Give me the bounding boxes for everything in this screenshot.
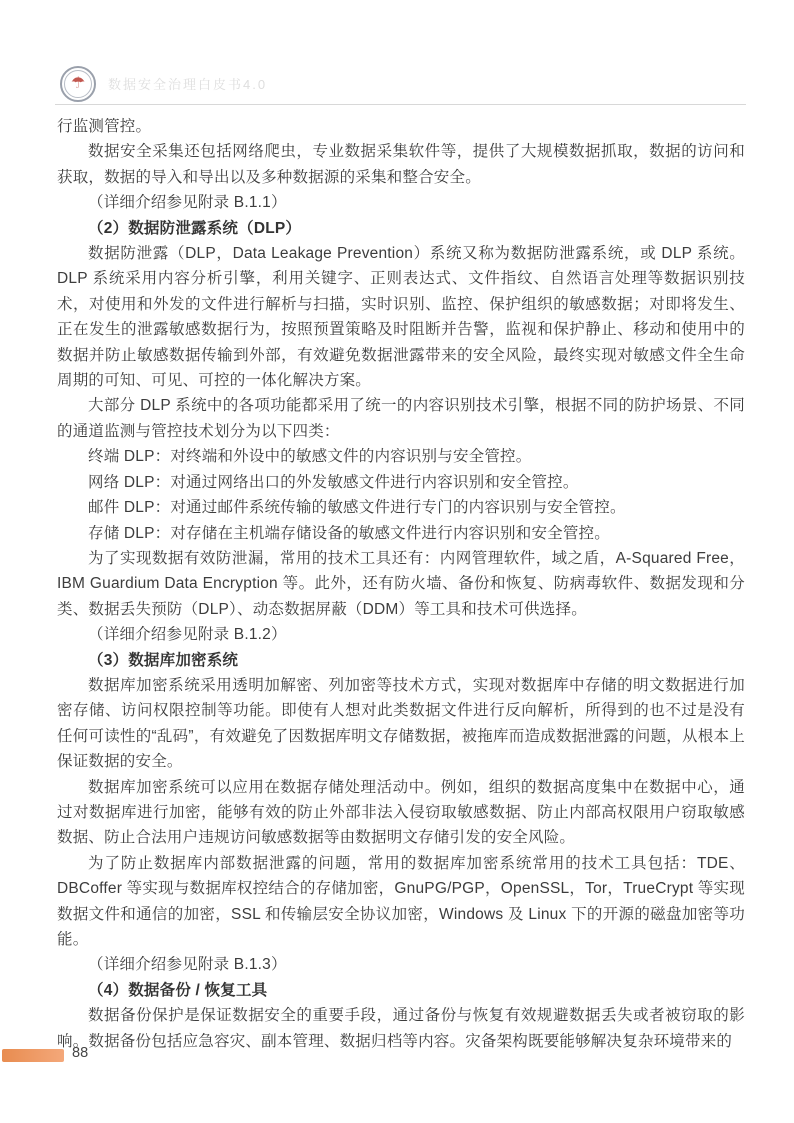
paragraph: 数据库加密系统可以应用在数据存储处理活动中。例如，组织的数据高度集中在数据中心，…: [57, 775, 745, 851]
paragraph: 终端 DLP：对终端和外设中的敏感文件的内容识别与安全管控。: [57, 444, 745, 469]
paragraph: 数据备份保护是保证数据安全的重要手段，通过备份与恢复有效规避数据丢失或者被窃取的…: [57, 1003, 745, 1054]
publisher-seal-logo: ☂: [60, 66, 96, 102]
header-divider: [55, 104, 746, 105]
paragraph: 为了实现数据有效防泄漏，常用的技术工具还有：内网管理软件，域之盾，A-Squar…: [57, 546, 745, 622]
paragraph: （详细介绍参见附录 B.1.2）: [57, 622, 745, 647]
paragraph: 存储 DLP：对存储在主机端存储设备的敏感文件进行内容识别和安全管控。: [57, 521, 745, 546]
paragraph: （详细介绍参见附录 B.1.3）: [57, 952, 745, 977]
paragraph: 大部分 DLP 系统中的各项功能都采用了统一的内容识别技术引擎，根据不同的防护场…: [57, 393, 745, 444]
paragraph: 数据库加密系统采用透明加解密、列加密等技术方式，实现对数据库中存储的明文数据进行…: [57, 673, 745, 775]
section-heading: （3）数据库加密系统: [57, 648, 745, 673]
paragraph: 网络 DLP：对通过网络出口的外发敏感文件进行内容识别和安全管控。: [57, 470, 745, 495]
paragraph: （详细介绍参见附录 B.1.1）: [57, 190, 745, 215]
running-header-title: 数据安全治理白皮书4.0: [108, 74, 267, 93]
document-page: ☂ 数据安全治理白皮书4.0 行监测管控。数据安全采集还包括网络爬虫，专业数据采…: [0, 0, 794, 1123]
section-heading: （2）数据防泄露系统（DLP）: [57, 216, 745, 241]
paragraph: 为了防止数据库内部数据泄露的问题，常用的数据库加密系统常用的技术工具包括：TDE…: [57, 851, 745, 953]
page-header: ☂ 数据安全治理白皮书4.0: [0, 0, 794, 110]
paragraph: 数据防泄露（DLP，Data Leakage Prevention）系统又称为数…: [57, 241, 745, 393]
paragraph: 数据安全采集还包括网络爬虫，专业数据采集软件等，提供了大规模数据抓取，数据的访问…: [57, 139, 745, 190]
paragraph: 行监测管控。: [57, 114, 745, 139]
document-body: 行监测管控。数据安全采集还包括网络爬虫，专业数据采集软件等，提供了大规模数据抓取…: [57, 114, 745, 1054]
umbrella-icon: ☂: [64, 70, 92, 98]
paragraph: 邮件 DLP：对通过邮件系统传输的敏感文件进行专门的内容识别与安全管控。: [57, 495, 745, 520]
page-number: 88: [72, 1045, 88, 1061]
page-number-accent-bar: [2, 1049, 64, 1062]
section-heading: （4）数据备份 / 恢复工具: [57, 978, 745, 1003]
